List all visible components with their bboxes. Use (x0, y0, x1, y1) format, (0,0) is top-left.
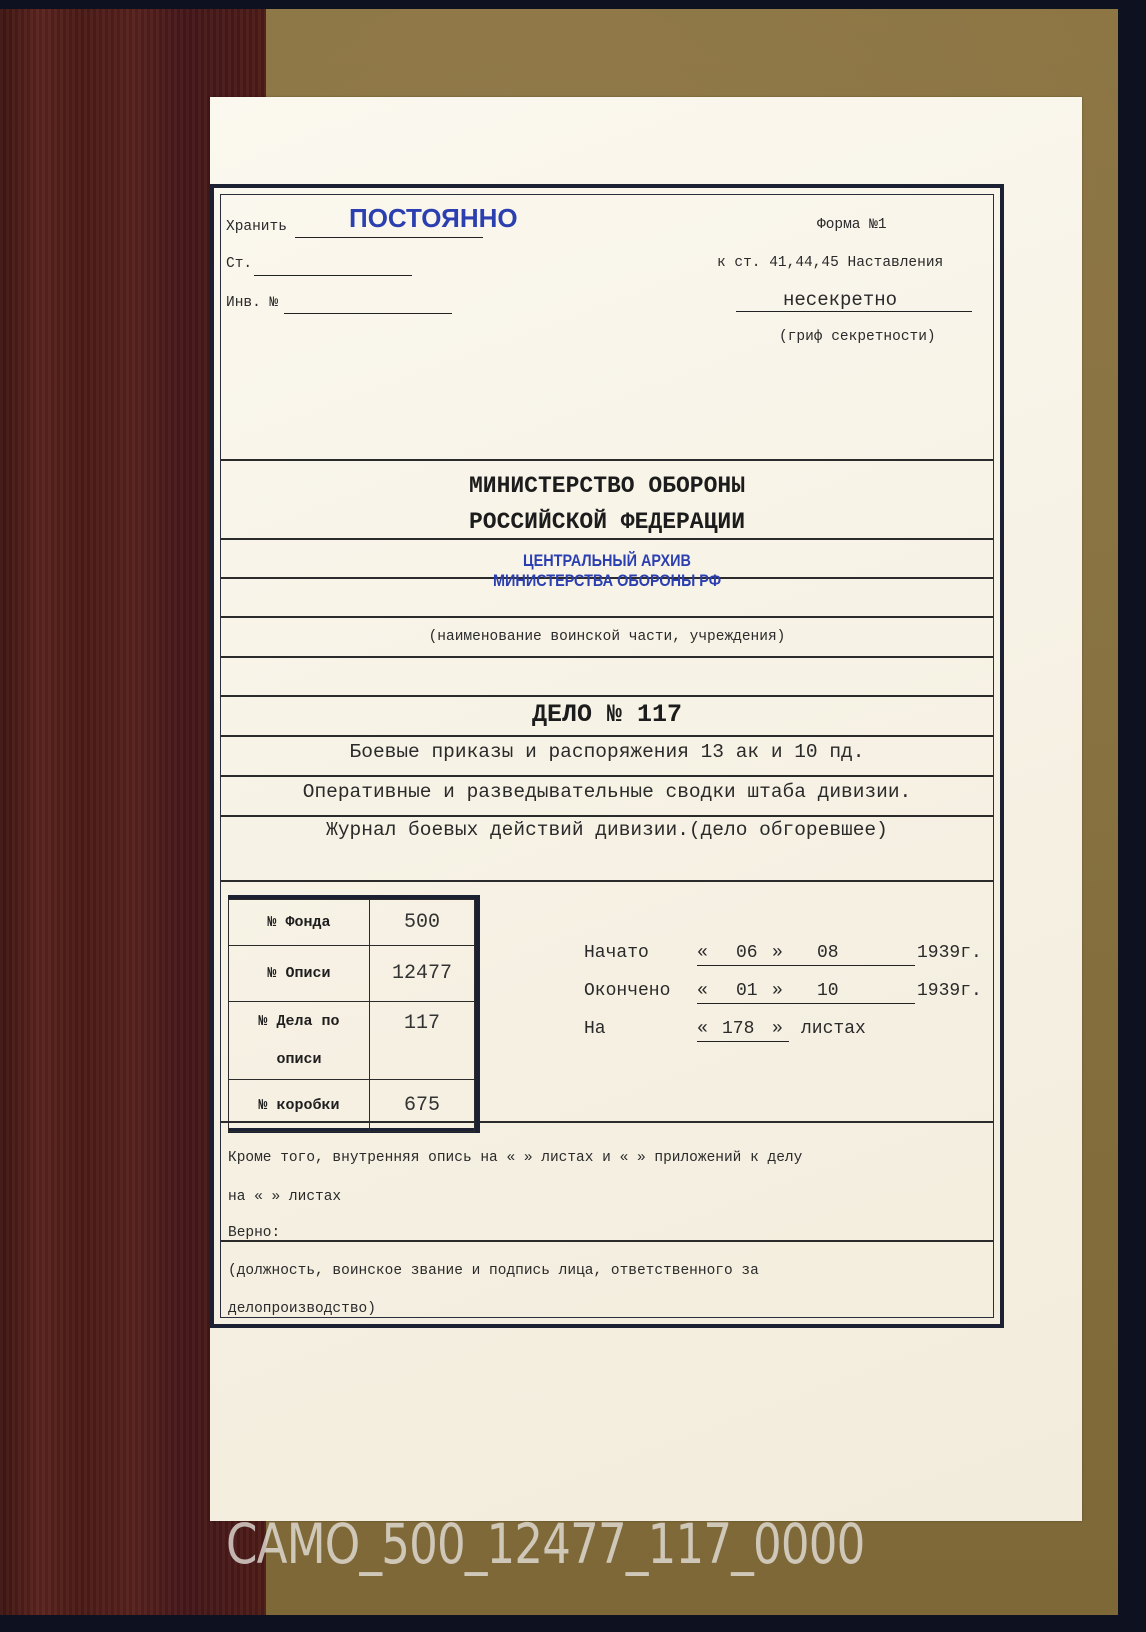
archive-stamp-line-1: ЦЕНТРАЛЬНЫЙ АРХИВ (279, 551, 935, 571)
row-divider (221, 1240, 993, 1242)
additional-sheets-line: на « » листах (228, 1189, 341, 1205)
case-description-line: Оперативные и разведывательные сводки шт… (221, 781, 993, 803)
table-row: № Фонда 500 (229, 900, 475, 946)
started-label: Начато (584, 943, 649, 963)
fund-table: № Фонда 500 № Описи 12477 № Дела по опис… (228, 895, 480, 1133)
table-row: № коробки 675 (229, 1080, 475, 1132)
box-label: № коробки (229, 1080, 370, 1132)
keep-label: Хранить (226, 219, 287, 235)
row-divider (221, 735, 993, 737)
permanent-stamp: ПОСТОЯННО (349, 203, 518, 234)
secrecy-underline (736, 311, 972, 312)
fund-label: № Фонда (229, 900, 370, 946)
sheets-underline (697, 1041, 789, 1042)
st-label: Ст. (226, 256, 252, 272)
case-description-line: Журнал боевых действий дивизии.(дело обг… (221, 819, 993, 841)
signature-caption: делопроизводство) (228, 1301, 376, 1317)
st-underline (254, 275, 412, 276)
form-inner-border: Хранить ПОСТОЯННО Ст. Инв. № Форма №1 к … (220, 194, 994, 1318)
inv-label: Инв. № (226, 295, 278, 311)
case-description-line: Боевые приказы и распоряжения 13 ак и 10… (221, 741, 993, 763)
inventory-label: № Описи (229, 946, 370, 1002)
ended-underline (697, 1003, 915, 1004)
row-divider (221, 656, 993, 658)
inv-underline (284, 313, 452, 314)
form-number: Форма №1 (817, 217, 887, 233)
ended-close-quote: » (772, 981, 783, 1001)
ended-year: 1939г. (917, 981, 982, 1001)
row-divider (221, 880, 993, 882)
row-divider (221, 616, 993, 618)
fund-value: 500 (370, 900, 475, 946)
unit-caption: (наименование воинской части, учреждения… (221, 629, 993, 645)
sheets-label: На (584, 1019, 606, 1039)
sheets-open-quote: « (697, 1019, 708, 1039)
internal-inventory-line: Кроме того, внутренняя опись на « » лист… (228, 1150, 802, 1166)
case-form: Хранить ПОСТОЯННО Ст. Инв. № Форма №1 к … (210, 184, 1004, 1328)
keep-underline (295, 237, 483, 238)
box-value: 675 (370, 1080, 475, 1132)
ended-day: 01 (736, 981, 758, 1001)
archive-stamp-line-2: МИНИСТЕРСТВА ОБОРОНЫ РФ (279, 571, 935, 591)
row-divider (221, 538, 993, 540)
row-divider (221, 815, 993, 817)
table-row: № Описи 12477 (229, 946, 475, 1002)
table-row: № Дела по описи 117 (229, 1002, 475, 1080)
started-close-quote: » (772, 943, 783, 963)
sheets-suffix: листах (801, 1019, 866, 1039)
ministry-line-2: РОССИЙСКОЙ ФЕДЕРАЦИИ (221, 509, 993, 535)
verified-label: Верно: (228, 1225, 280, 1241)
case-number-label: № Дела по описи (229, 1002, 370, 1080)
signature-caption: (должность, воинское звание и подпись ли… (228, 1263, 759, 1279)
secrecy-value: несекретно (783, 289, 897, 311)
ended-month: 10 (817, 981, 839, 1001)
row-divider (221, 695, 993, 697)
started-open-quote: « (697, 943, 708, 963)
started-underline (697, 965, 915, 966)
ended-label: Окончено (584, 981, 670, 1001)
instruction-reference: к ст. 41,44,45 Наставления (717, 255, 943, 271)
sheets-value: 178 (722, 1019, 754, 1039)
case-title: ДЕЛО № 117 (221, 700, 993, 729)
case-number-value: 117 (370, 1002, 475, 1080)
inventory-value: 12477 (370, 946, 475, 1002)
row-divider (221, 775, 993, 777)
started-year: 1939г. (917, 943, 982, 963)
sheets-close-quote: » (772, 1019, 783, 1039)
ended-open-quote: « (697, 981, 708, 1001)
secrecy-caption: (гриф секретности) (779, 329, 936, 345)
ministry-line-1: МИНИСТЕРСТВО ОБОРОНЫ (221, 473, 993, 499)
row-divider (221, 459, 993, 461)
started-month: 08 (817, 943, 839, 963)
archive-watermark: САМО_500_12477_117_0000 (226, 1512, 865, 1576)
started-day: 06 (736, 943, 758, 963)
